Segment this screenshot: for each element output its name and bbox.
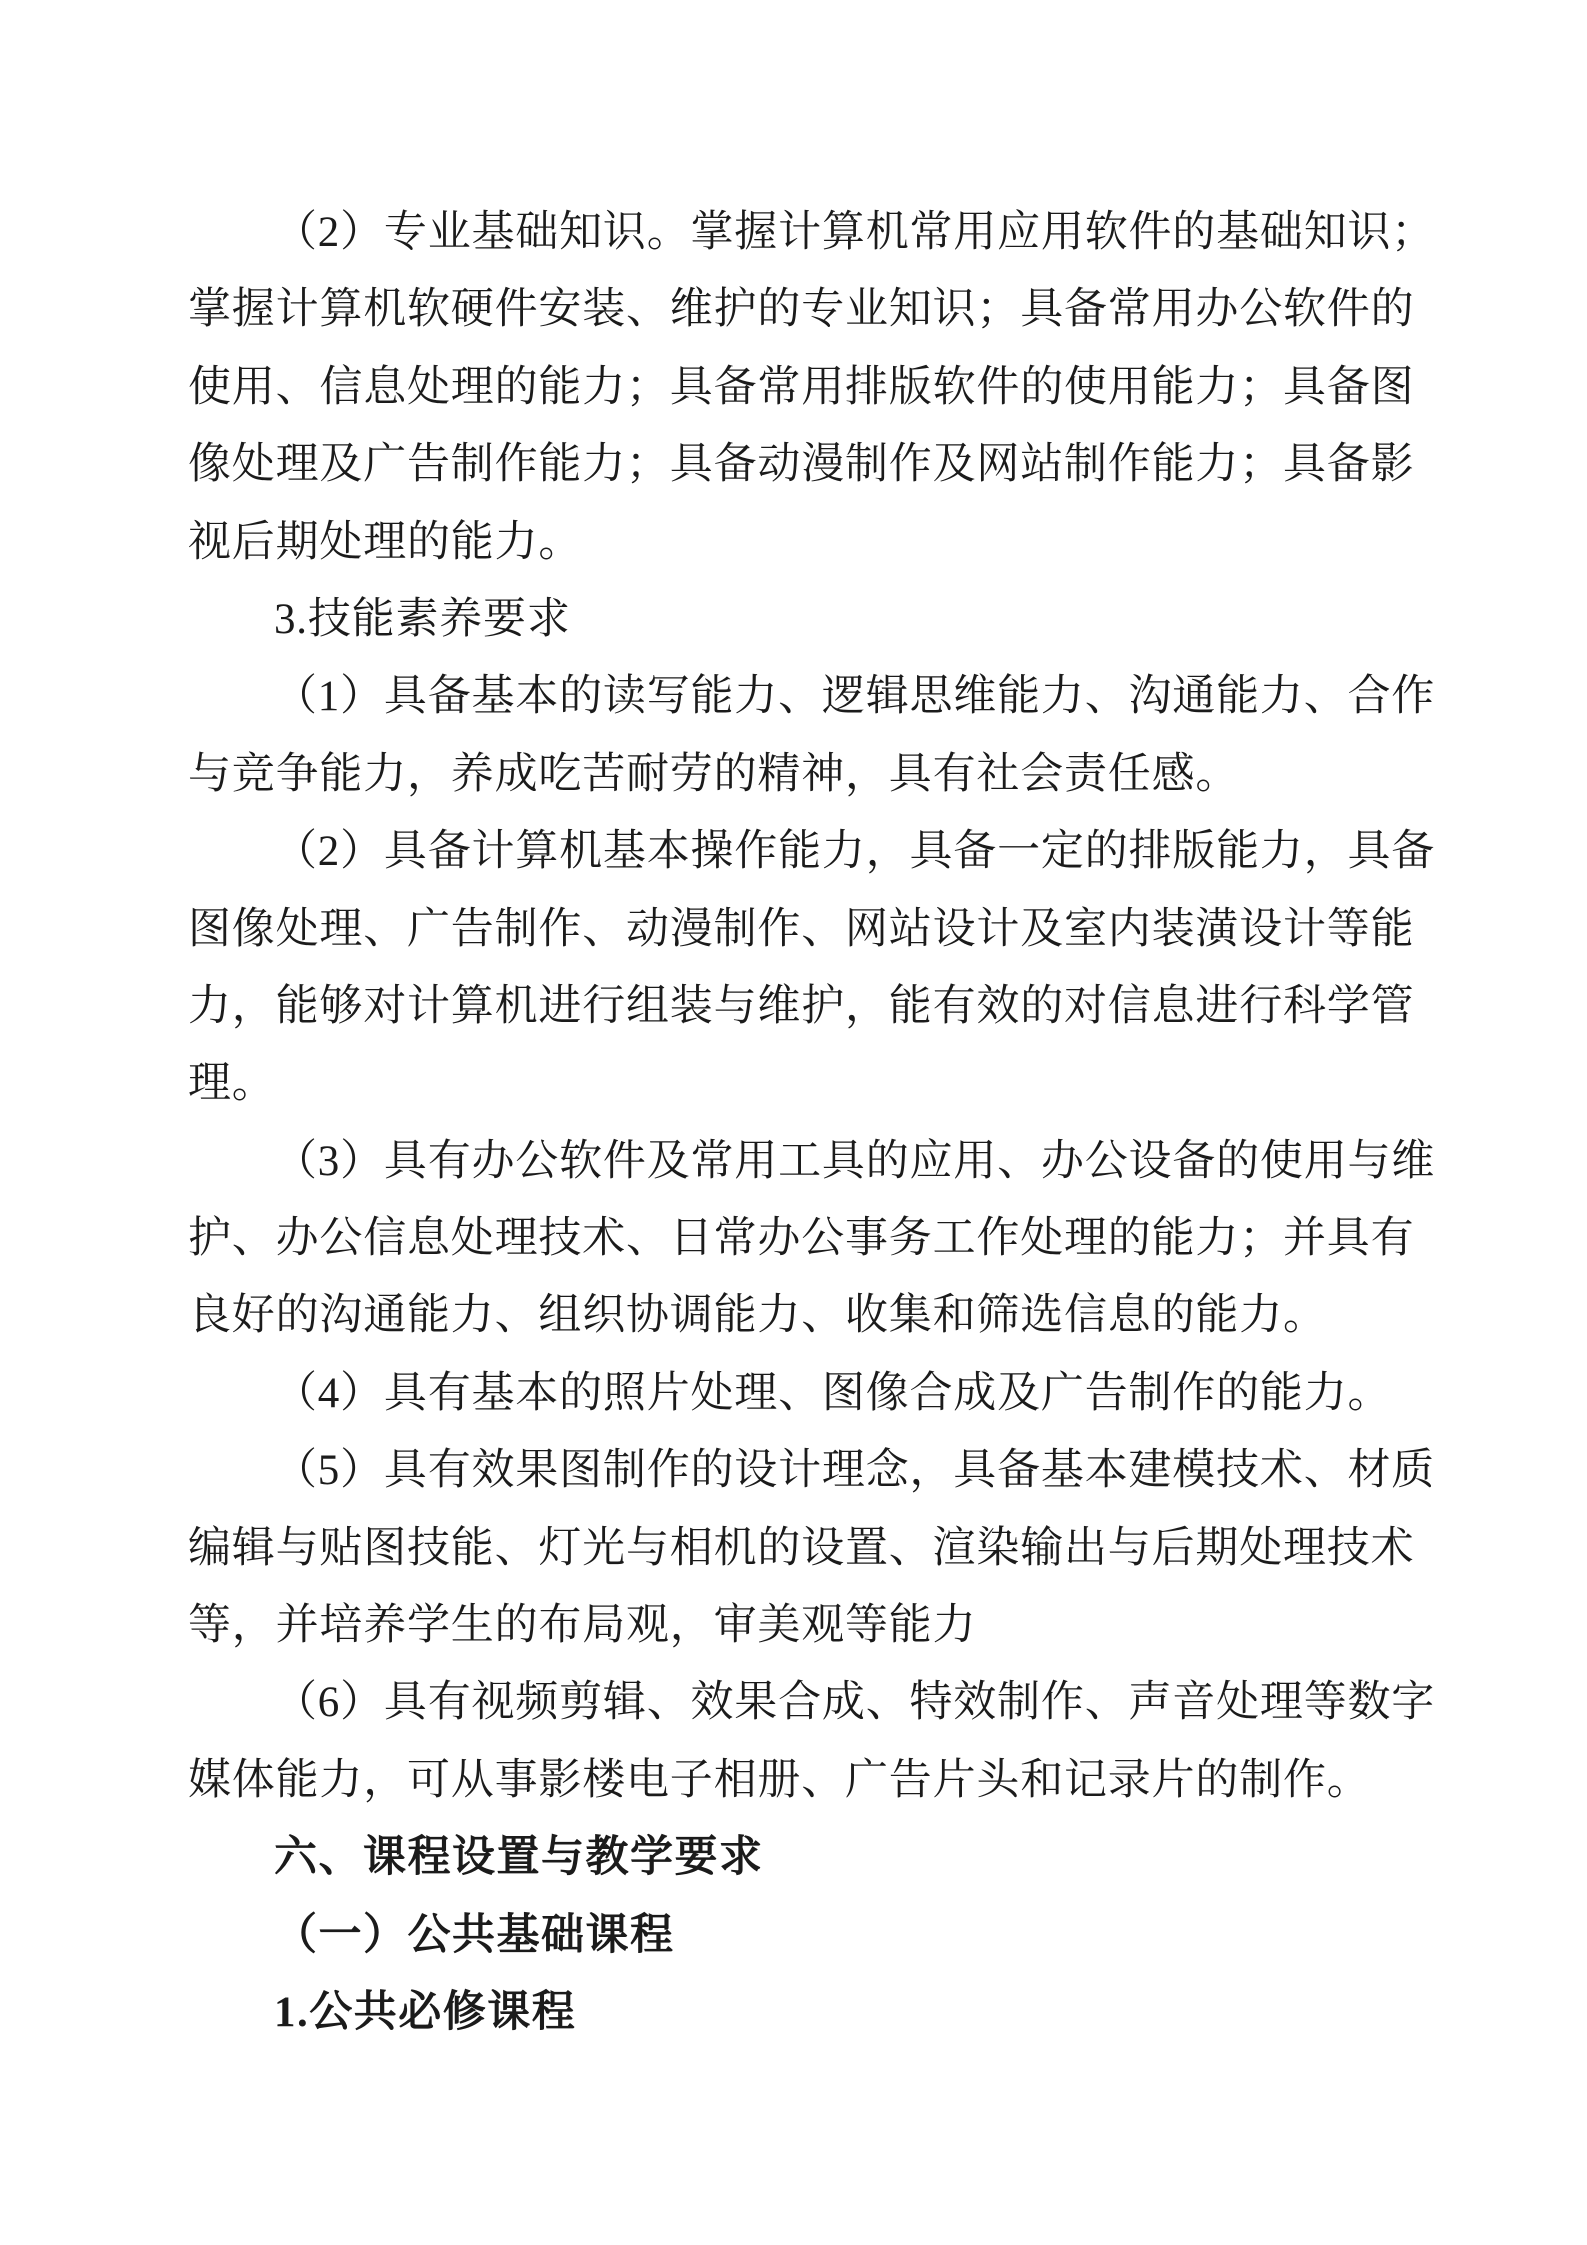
paragraph-line: 编辑与贴图技能、灯光与相机的设置、渲染输出与后期处理技术 xyxy=(188,1510,1402,1587)
paragraph-line: 护、办公信息处理技术、日常办公事务工作处理的能力；并具有 xyxy=(188,1200,1402,1277)
section-heading: 六、课程设置与教学要求 xyxy=(188,1819,1402,1896)
paragraph-line: 视后期处理的能力。 xyxy=(188,504,1402,581)
paragraph-line: （1）具备基本的读写能力、逻辑思维能力、沟通能力、合作 xyxy=(188,658,1402,735)
paragraph-line: （2）专业基础知识。掌握计算机常用应用软件的基础知识； xyxy=(188,194,1402,271)
paragraph-line: （4）具有基本的照片处理、图像合成及广告制作的能力。 xyxy=(188,1355,1402,1432)
paragraph-line: 力，能够对计算机进行组装与维护，能有效的对信息进行科学管 xyxy=(188,968,1402,1045)
paragraph-line: 掌握计算机软硬件安装、维护的专业知识；具备常用办公软件的 xyxy=(188,271,1402,348)
paragraph-line: 像处理及广告制作能力；具备动漫制作及网站制作能力；具备影 xyxy=(188,426,1402,503)
paragraph-line: （3）具有办公软件及常用工具的应用、办公设备的使用与维 xyxy=(188,1123,1402,1200)
document-page: （2）专业基础知识。掌握计算机常用应用软件的基础知识； 掌握计算机软硬件安装、维… xyxy=(0,0,1587,2245)
paragraph-line: （5）具有效果图制作的设计理念，具备基本建模技术、材质 xyxy=(188,1432,1402,1509)
subsection-heading: 1.公共必修课程 xyxy=(188,1974,1402,2051)
paragraph-line: 图像处理、广告制作、动漫制作、网站设计及室内装潢设计等能 xyxy=(188,891,1402,968)
paragraph-line: （2）具备计算机基本操作能力，具备一定的排版能力，具备 xyxy=(188,813,1402,890)
subsection-heading: （一）公共基础课程 xyxy=(188,1897,1402,1974)
document-text-block: （2）专业基础知识。掌握计算机常用应用软件的基础知识； 掌握计算机软硬件安装、维… xyxy=(188,194,1402,2051)
paragraph-line: 与竞争能力，养成吃苦耐劳的精神，具有社会责任感。 xyxy=(188,736,1402,813)
paragraph-line: 良好的沟通能力、组织协调能力、收集和筛选信息的能力。 xyxy=(188,1277,1402,1354)
subsection-heading: 3.技能素养要求 xyxy=(188,581,1402,658)
paragraph-line: （6）具有视频剪辑、效果合成、特效制作、声音处理等数字 xyxy=(188,1664,1402,1741)
paragraph-line: 理。 xyxy=(188,1045,1402,1122)
paragraph-line: 使用、信息处理的能力；具备常用排版软件的使用能力；具备图 xyxy=(188,349,1402,426)
paragraph-line: 媒体能力，可从事影楼电子相册、广告片头和记录片的制作。 xyxy=(188,1742,1402,1819)
paragraph-line: 等，并培养学生的布局观，审美观等能力 xyxy=(188,1587,1402,1664)
